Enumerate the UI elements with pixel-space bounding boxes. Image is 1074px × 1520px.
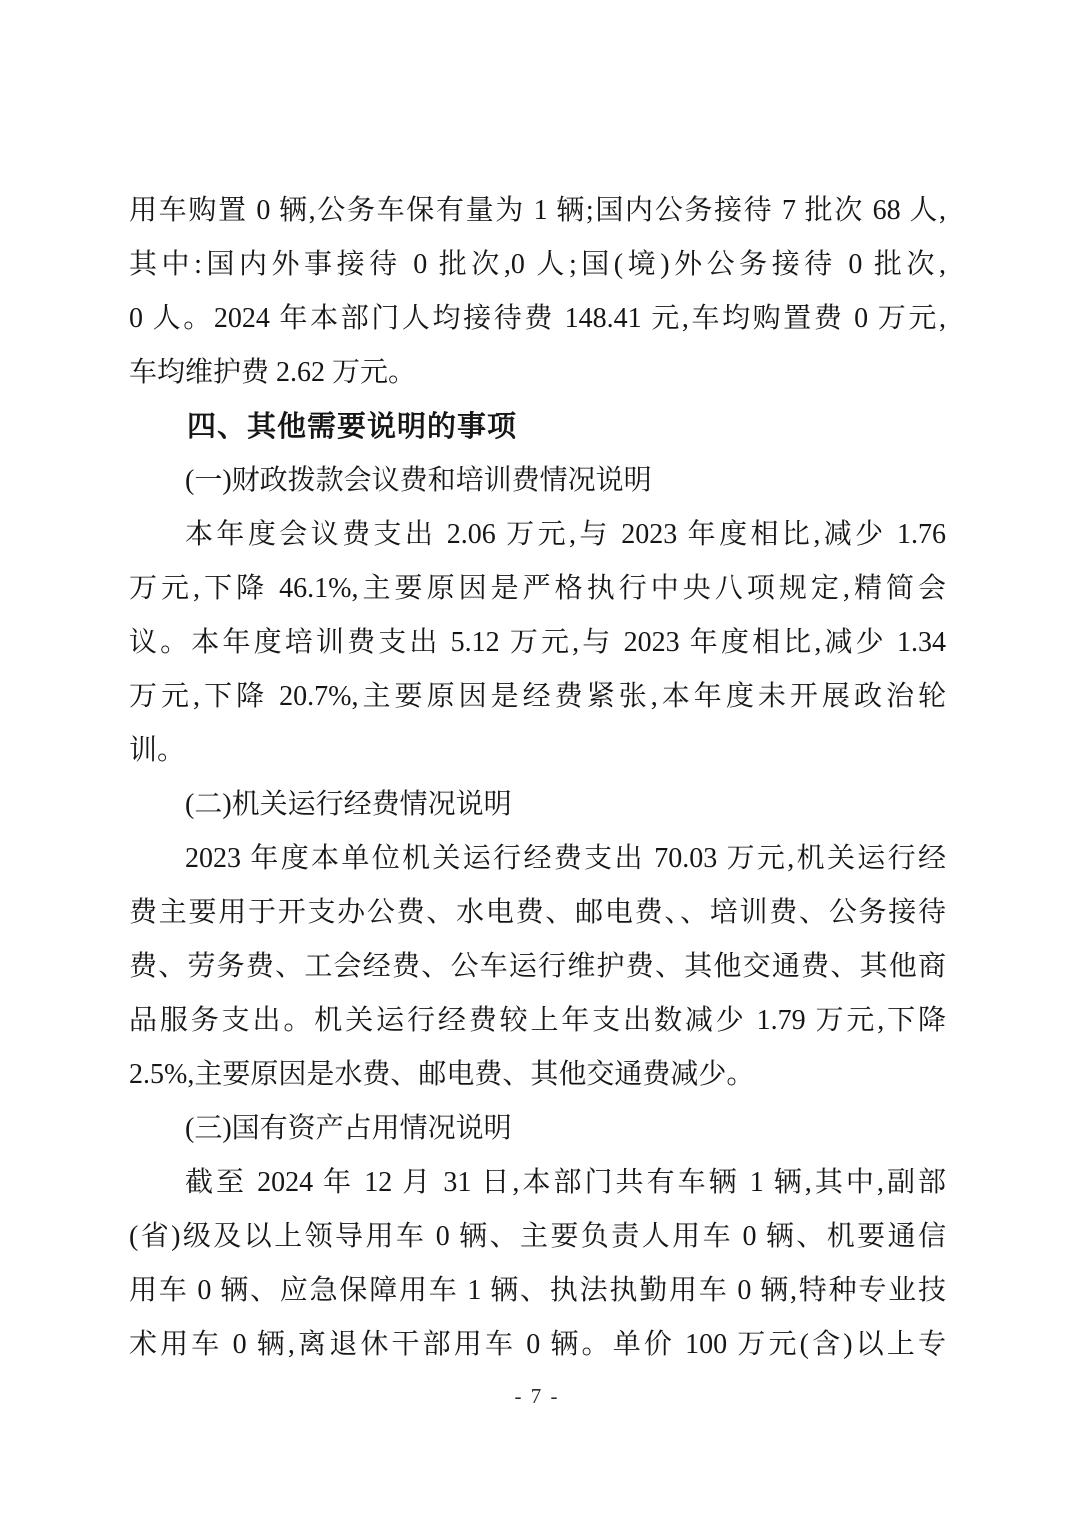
text-line: 万元,下降 20.7%,主要原因是经费紧张,本年度未开展政治轮 (129, 670, 946, 724)
text-line: 费主要用于开支办公费、水电费、邮电费、、培训费、公务接待 (129, 886, 946, 940)
text-line: 2023 年度本单位机关运行经费支出 70.03 万元,机关运行经 (129, 832, 946, 886)
document-page: 用车购置 0 辆,公务车保有量为 1 辆;国内公务接待 7 批次 68 人, 其… (0, 0, 1074, 1520)
text-line: 其中:国内外事接待 0 批次,0 人;国(境)外公务接待 0 批次, (129, 238, 946, 292)
text-line: 截至 2024 年 12 月 31 日,本部门共有车辆 1 辆,其中,副部 (129, 1156, 946, 1210)
text-line: 用车购置 0 辆,公务车保有量为 1 辆;国内公务接待 7 批次 68 人, (129, 184, 946, 238)
subsection-heading-operating-expenses: (二)机关运行经费情况说明 (129, 778, 946, 832)
text-line: (省)级及以上领导用车 0 辆、主要负责人用车 0 辆、机要通信 (129, 1210, 946, 1264)
text-line: 万元,下降 46.1%,主要原因是严格执行中央八项规定,精简会 (129, 562, 946, 616)
text-line: 0 人。2024 年本部门人均接待费 148.41 元,车均购置费 0 万元, (129, 292, 946, 346)
section-heading-other-matters: 四、其他需要说明的事项 (129, 400, 946, 454)
text-line: 费、劳务费、工会经费、公车运行维护费、其他交通费、其他商 (129, 940, 946, 994)
text-line: 车均维护费 2.62 万元。 (129, 346, 946, 400)
text-line: 议。本年度培训费支出 5.12 万元,与 2023 年度相比,减少 1.34 (129, 616, 946, 670)
text-line: 本年度会议费支出 2.06 万元,与 2023 年度相比,减少 1.76 (129, 508, 946, 562)
text-line: 2.5%,主要原因是水费、邮电费、其他交通费减少。 (129, 1048, 946, 1102)
page-number: - 7 - (0, 1384, 1074, 1409)
text-line: 用车 0 辆、应急保障用车 1 辆、执法执勤用车 0 辆,特种专业技 (129, 1264, 946, 1318)
text-line: 术用车 0 辆,离退休干部用车 0 辆。单价 100 万元(含)以上专 (129, 1318, 946, 1372)
subsection-heading-state-assets: (三)国有资产占用情况说明 (129, 1102, 946, 1156)
subsection-heading-meeting-training-fees: (一)财政拨款会议费和培训费情况说明 (129, 454, 946, 508)
text-line: 品服务支出。机关运行经费较上年支出数减少 1.79 万元,下降 (129, 994, 946, 1048)
text-line: 训。 (129, 724, 946, 778)
document-body: 用车购置 0 辆,公务车保有量为 1 辆;国内公务接待 7 批次 68 人, 其… (129, 184, 946, 1372)
